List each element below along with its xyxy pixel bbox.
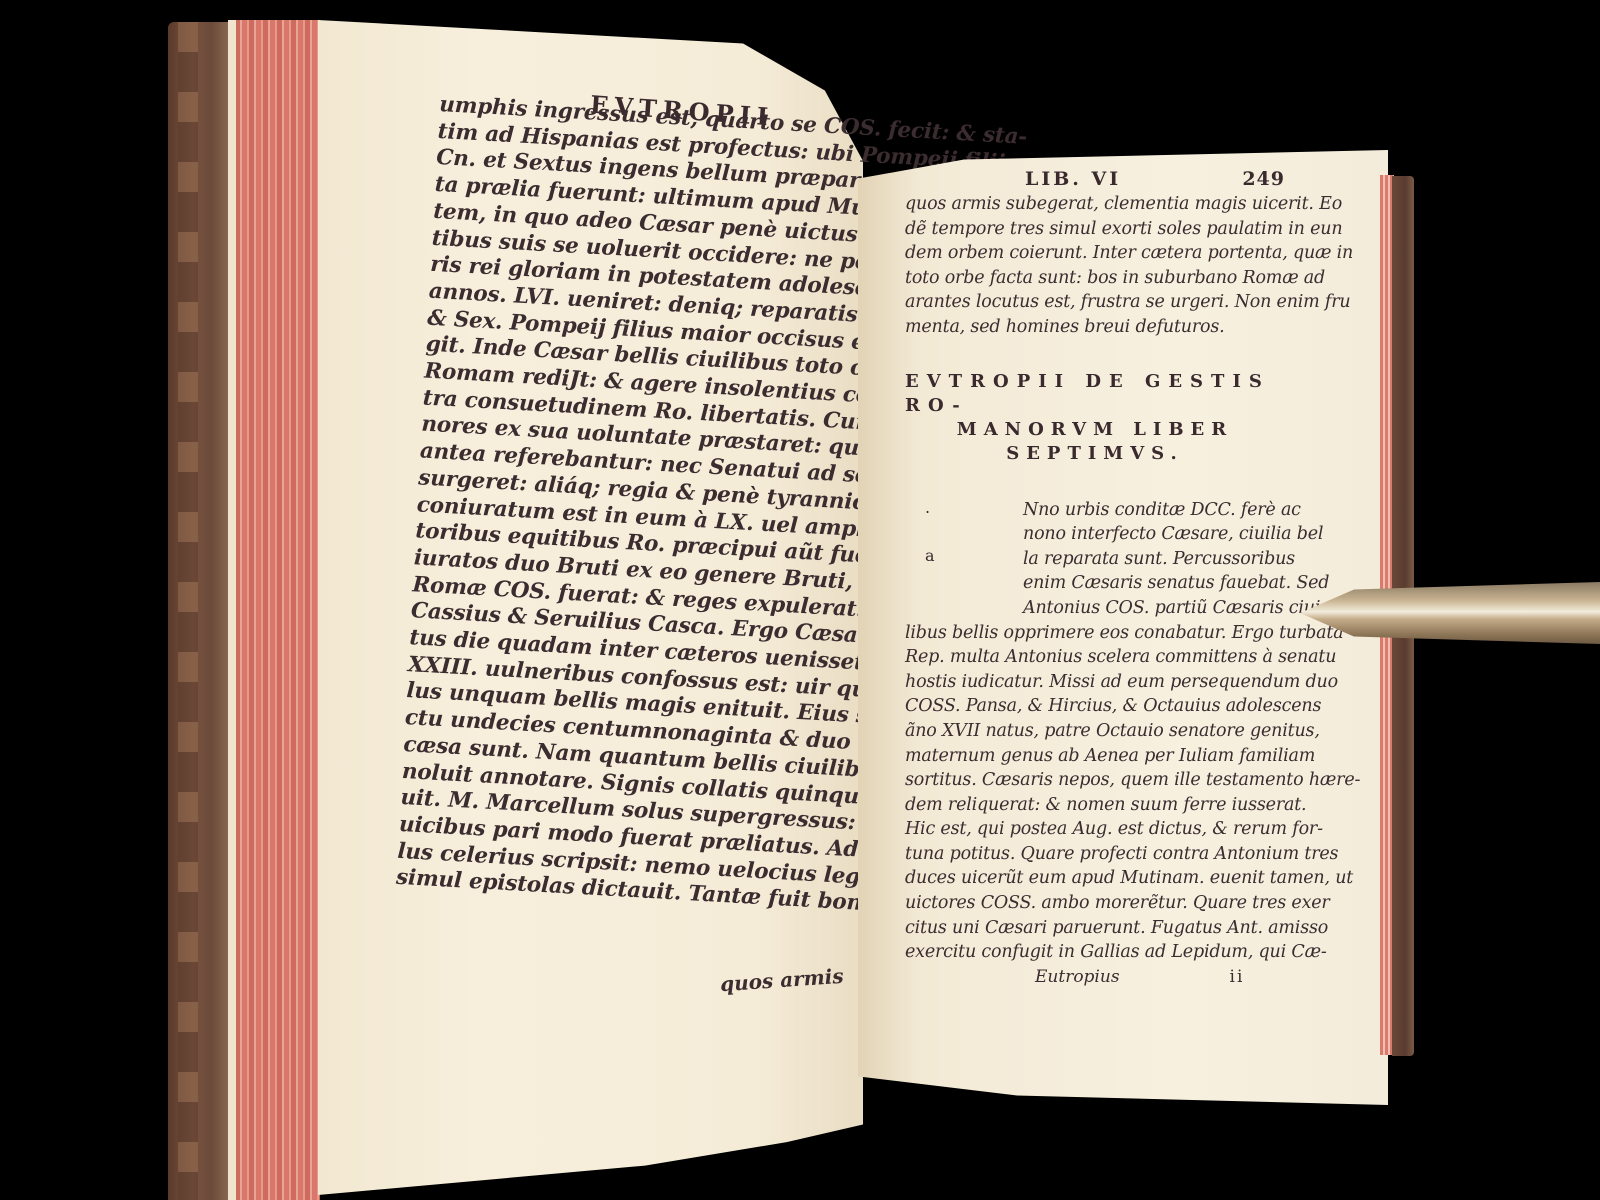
marginal-mark: . (925, 498, 930, 517)
chapter-opening: . a Nno urbis conditæ DCC. ferè acnono i… (905, 498, 1305, 621)
left-red-page-edges (228, 20, 320, 1200)
text-line: maternum genus ab Aenea per Iuliam famil… (905, 744, 1305, 769)
signature-mark: ii (1230, 967, 1245, 987)
text-line: la reparata sunt. Percussoribus (1023, 547, 1305, 572)
text-line: arantes locutus est, frustra se urgeri. … (905, 290, 1305, 315)
text-line: menta, sed homines breui defuturos. (905, 315, 1305, 340)
text-line: hostis iudicatur. Missi ad eum persequen… (905, 670, 1305, 695)
text-line: enim Cæsaris senatus fauebat. Sed (1023, 571, 1305, 596)
right-catchword: Eutropius (1035, 967, 1120, 987)
left-cover-binding (168, 22, 230, 1200)
text-line: exercitu confugit in Gallias ad Lepidum,… (905, 940, 1305, 965)
text-line: sortitus. Cæsaris nepos, quem ille testa… (905, 768, 1305, 793)
text-line: Antonius COS. partiũ Cæsaris ciui (1023, 596, 1305, 621)
text-line: ãno XVII natus, patre Octauio senatore g… (905, 719, 1305, 744)
marginal-mark: a (925, 546, 935, 565)
text-line: Hic est, qui postea Aug. est dictus, & r… (905, 817, 1305, 842)
chapter-title-line: MANORVM LIBER (905, 418, 1285, 442)
text-line: nono interfecto Cæsare, ciuilia bel (1023, 522, 1305, 547)
chapter-title-line: SEPTIMVS. (905, 442, 1285, 466)
text-line: dem orbem coierunt. Inter cætera portent… (905, 241, 1305, 266)
text-line: dẽ tempore tres simul exorti soles paula… (905, 217, 1305, 242)
running-head-label: LIB. VI (1025, 168, 1121, 190)
chapter-title-line: EVTROPII DE GESTIS RO- (905, 370, 1285, 418)
text-line: dem reliquerat: & nomen suum ferre iusse… (905, 793, 1305, 818)
text-line: Rep. multa Antonius scelera committens à… (905, 645, 1305, 670)
folio-number: 249 (1242, 168, 1285, 190)
photo-scene: EVTROPII umphis ingressus est, quarto se… (0, 0, 1600, 1200)
text-line: quos armis subegerat, clementia magis ui… (905, 192, 1305, 217)
chapter-title: EVTROPII DE GESTIS RO- MANORVM LIBER SEP… (905, 370, 1285, 466)
indented-lines: Nno urbis conditæ DCC. ferè acnono inter… (905, 498, 1305, 621)
text-line: citus uni Cæsari paruerunt. Fugatus Ant.… (905, 916, 1305, 941)
text-line: uictores COSS. ambo morerẽtur. Quare tre… (905, 891, 1305, 916)
text-line: libus bellis opprimere eos conabatur. Er… (905, 621, 1305, 646)
text-line: duces uicerũt eum apud Mutinam. euenit t… (905, 866, 1305, 891)
text-line: COSS. Pansa, & Hircius, & Octauius adole… (905, 694, 1305, 719)
text-line: Nno urbis conditæ DCC. ferè ac (1023, 498, 1305, 523)
right-body-paragraph: libus bellis opprimere eos conabatur. Er… (905, 621, 1305, 965)
left-page-text: umphis ingressus est, quarto se COS. fec… (395, 92, 869, 916)
text-line: tuna potitus. Quare profecti contra Anto… (905, 842, 1305, 867)
right-page-text: LIB. VI 249 quos armis subegerat, clemen… (905, 168, 1305, 987)
right-page-footer: Eutropius ii (905, 967, 1285, 987)
text-line: toto orbe facta sunt: bos in suburbano R… (905, 266, 1305, 291)
right-top-paragraph: quos armis subegerat, clementia magis ui… (905, 192, 1305, 340)
right-running-head: LIB. VI 249 (905, 168, 1285, 190)
